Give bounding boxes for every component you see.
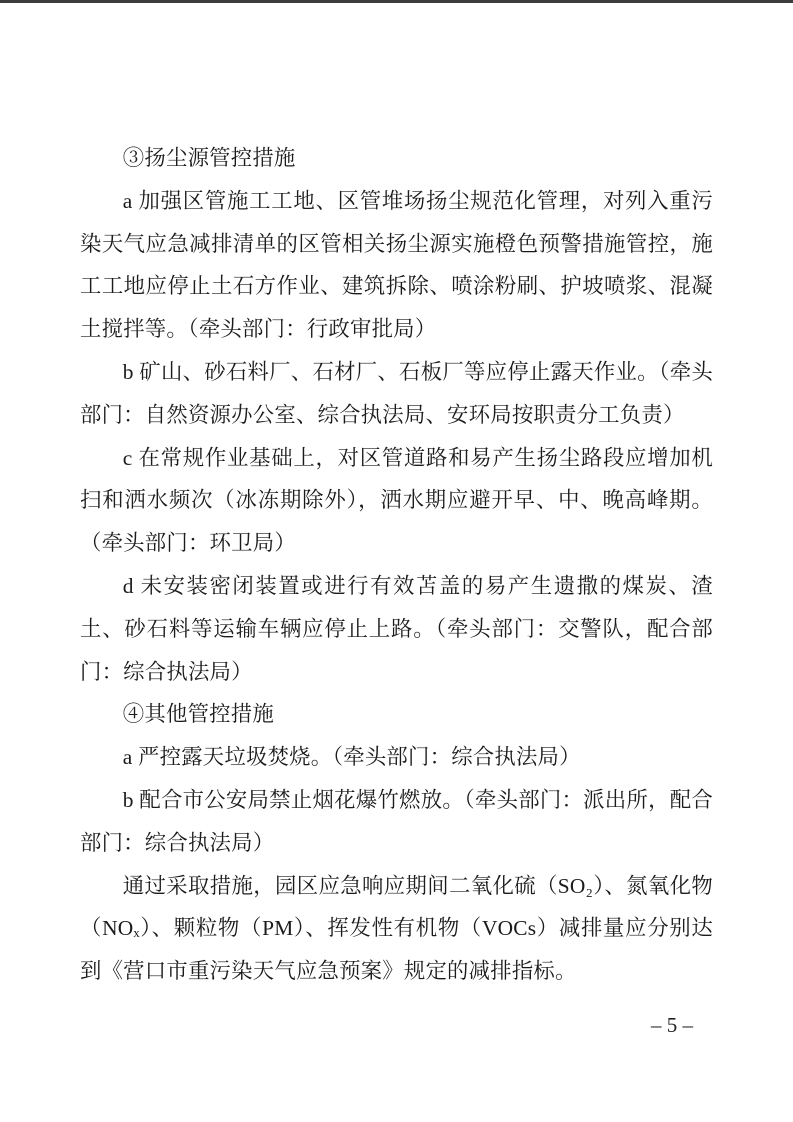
heading-dust-source-control-measures: ③扬尘源管控措施 xyxy=(80,137,713,180)
heading-other-control-measures: ④其他管控措施 xyxy=(80,693,713,736)
para-emission-reduction-targets: 通过采取措施，园区应急响应期间二氧化硫（SO₂）、氮氧化物（NOₓ）、颗粒物（P… xyxy=(80,865,713,993)
para-d-uncovered-transport-vehicles-ban: d 未安装密闭装置或进行有效苫盖的易产生遗撒的煤炭、渣土、砂石料等运输车辆应停止… xyxy=(80,565,713,693)
para-a-construction-site-dust-control: a 加强区管施工工地、区管堆场扬尘规范化管理，对列入重污染天气应急减排清单的区管… xyxy=(80,180,713,351)
page-footer: – 5 – xyxy=(0,1012,693,1038)
para-b-mines-quarries-open-air-work-stop: b 矿山、砂石料厂、石材厂、石板厂等应停止露天作业。（牵头部门：自然资源办公室、… xyxy=(80,351,713,437)
scan-edge-artifact xyxy=(0,0,793,3)
para-c-road-sweeping-watering-frequency: c 在常规作业基础上，对区管道路和易产生扬尘路段应增加机扫和洒水频次（冰冻期除外… xyxy=(80,437,713,565)
para-a-open-waste-burning-control: a 严控露天垃圾焚烧。（牵头部门：综合执法局） xyxy=(80,736,713,779)
para-b-fireworks-ban: b 配合市公安局禁止烟花爆竹燃放。（牵头部门：派出所，配合部门：综合执法局） xyxy=(80,779,713,865)
scanned-document-page: ③扬尘源管控措施 a 加强区管施工工地、区管堆场扬尘规范化管理，对列入重污染天气… xyxy=(0,0,793,1122)
document-body: ③扬尘源管控措施 a 加强区管施工工地、区管堆场扬尘规范化管理，对列入重污染天气… xyxy=(80,137,713,993)
page-number: – 5 – xyxy=(651,1013,693,1037)
